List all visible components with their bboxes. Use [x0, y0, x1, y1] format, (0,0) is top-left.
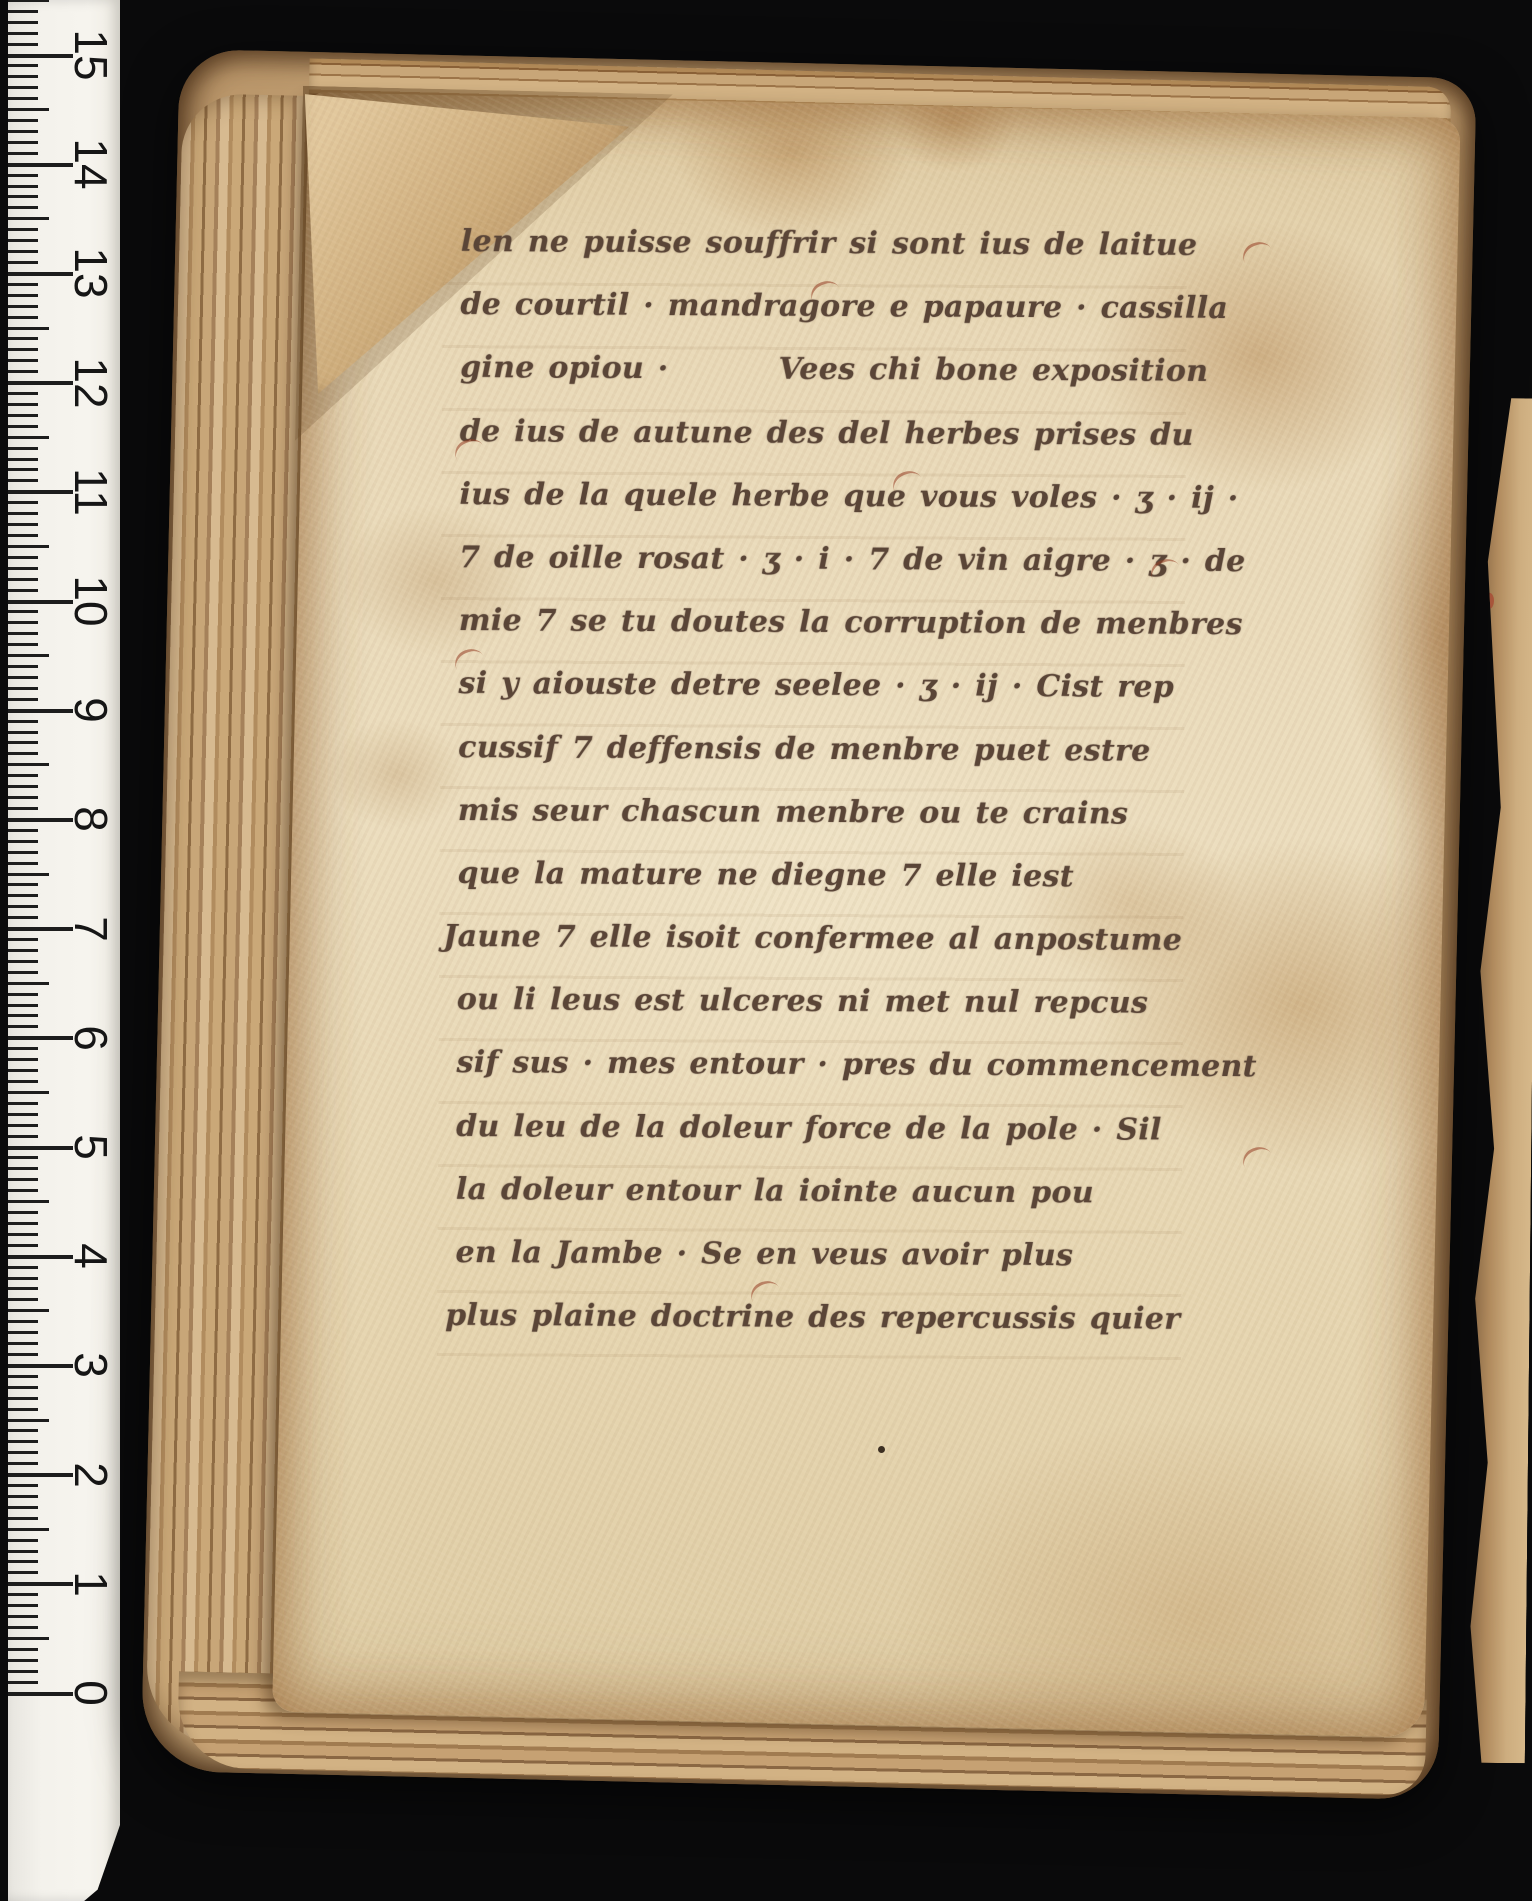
ruler-tick [8, 1571, 38, 1574]
ruler-tick [8, 75, 38, 78]
ruler-tick [8, 632, 38, 635]
ruler-tick [8, 0, 49, 2]
ruler-tick [8, 43, 38, 46]
ruler-tick [8, 468, 38, 471]
ruler-tick [8, 1484, 38, 1487]
ruler-tick [8, 1244, 38, 1247]
ruler-cm-label: 1 [67, 1557, 115, 1611]
ruler-tick [8, 479, 38, 482]
ruler-tick [8, 261, 38, 264]
ruler-tick [8, 1462, 38, 1465]
ruler-tick [8, 1397, 38, 1400]
ruler-tick [8, 1353, 38, 1356]
ruler-tick [8, 370, 38, 373]
ruler-tick [8, 1495, 38, 1498]
ruler-tick [8, 938, 38, 941]
manuscript-line: cussif 7 deffensis de menbre puet estre [458, 716, 1218, 783]
ruler-tick [8, 1550, 38, 1553]
ruler-tick [8, 1266, 38, 1269]
ruler-tick [8, 1069, 38, 1072]
ruler-tick [8, 359, 38, 362]
manuscript-line: du leu de la doleur force de la pole · S… [456, 1095, 1216, 1162]
ruler-tick [8, 316, 38, 319]
ruler-tick [8, 1681, 38, 1684]
ruler-tick [8, 1091, 49, 1094]
ruler-tick [8, 119, 38, 122]
manuscript-line: 7 de oille rosat · ʒ · i · 7 de vin aigr… [459, 526, 1219, 593]
ruler-tick [8, 1233, 38, 1236]
ruler-tick [8, 785, 38, 788]
ruler-tick [8, 905, 38, 908]
ruler-tick [8, 796, 38, 799]
ruler-cm-label: 7 [67, 902, 115, 956]
ruler-tick [8, 1408, 38, 1411]
manuscript-line: si y aiouste detre seelee · ʒ · ij · Cis… [458, 652, 1218, 719]
manuscript-line: de courtil · mandragore e papaure · cass… [460, 273, 1220, 340]
ruler-tick [8, 1539, 38, 1542]
ruler-tick [8, 654, 49, 657]
ruler-tick [8, 1113, 38, 1116]
ruler-tick [8, 108, 49, 111]
ruler-tick [8, 348, 38, 351]
ruler-cm-label: 0 [67, 1666, 115, 1720]
ruler-tick [8, 1222, 38, 1225]
ruler-cm-label: 11 [67, 465, 115, 519]
ruler-tick [8, 1429, 38, 1432]
ruler-tick [8, 436, 49, 439]
ruler-tick [8, 1124, 38, 1127]
ruler-tick [8, 1637, 49, 1640]
ruler-tick [8, 621, 38, 624]
ruler-tick [8, 1440, 38, 1443]
ruler-tick [8, 829, 38, 832]
ruler-tick [8, 414, 38, 417]
ruler-tick [8, 610, 38, 613]
manuscript-line: mie 7 se tu doutes la corruption de menb… [459, 589, 1219, 656]
ruler-tick [8, 971, 38, 974]
ruler-tick [8, 687, 38, 690]
ruler-tick [8, 1211, 38, 1214]
ruler-tick [8, 64, 38, 67]
ruler-tick [8, 141, 38, 144]
ruler-tick [8, 1506, 38, 1509]
ruler-tick [8, 305, 38, 308]
ruler-tick [8, 1004, 38, 1007]
ruler-tick [8, 1560, 38, 1563]
ruler-tick [8, 1419, 49, 1422]
ruler-tick [8, 1047, 38, 1050]
ruler-tick [8, 731, 38, 734]
ruler-tick [8, 960, 38, 963]
ruler-tick [8, 1451, 38, 1454]
ruler-tick [8, 741, 38, 744]
ruler-tick [8, 1014, 38, 1017]
ink-speck [878, 1446, 885, 1453]
ruler-tick [8, 763, 49, 766]
manuscript-line: gine opiou · Vees chi bone exposition [460, 336, 1220, 403]
ruler-tick [8, 1528, 49, 1531]
ruler-tick [8, 851, 38, 854]
manuscript-line: mis seur chascun menbre ou te crains [458, 779, 1218, 846]
ruler-cm-label: 6 [67, 1011, 115, 1065]
ruler-tick [8, 1626, 38, 1629]
manuscript-line: ou li leus est ulceres ni met nul repcus [457, 968, 1217, 1035]
ruler-tick [8, 1167, 38, 1170]
ruler-tick [8, 1080, 38, 1083]
ruler-tick [8, 840, 38, 843]
ruler-tick [8, 425, 38, 428]
ruler-tick [8, 228, 38, 231]
ruler-tick [8, 1058, 38, 1061]
ruler-tick [8, 1670, 38, 1673]
ruler-tick [8, 774, 38, 777]
ruler-tick [8, 1178, 38, 1181]
ruler-tick [8, 665, 38, 668]
ruler-tick [8, 327, 49, 330]
ruler-tick [8, 523, 38, 526]
ruler-tick [8, 185, 38, 188]
ruler-tick [8, 1102, 38, 1105]
ruler-tick [8, 10, 38, 13]
ruler-cm-label: 15 [67, 28, 115, 82]
ruler-tick [8, 337, 38, 340]
ruler-tick [8, 1189, 38, 1192]
ruler-tick [8, 643, 38, 646]
ruler-tick [8, 1386, 38, 1389]
ruler-tick [8, 294, 38, 297]
ruler-tick [8, 97, 38, 100]
ruler-tick [8, 250, 38, 253]
ruler-tick [8, 894, 38, 897]
ruler-tick [8, 130, 38, 133]
ruler-tick [8, 545, 49, 548]
ruler-tick [8, 1648, 38, 1651]
ruler-cm-label: 12 [67, 356, 115, 410]
ruler-cm-label: 3 [67, 1338, 115, 1392]
manuscript-line: Jaune 7 elle isoit confermee al anpostum… [443, 905, 1217, 972]
ruler-tick [8, 1331, 38, 1334]
ruler-tick [8, 447, 38, 450]
ruler-tick [8, 807, 38, 810]
ruler-tick [8, 195, 38, 198]
ruler-tick [8, 32, 38, 35]
ruler-tick [8, 698, 38, 701]
ruler-tick [8, 1025, 38, 1028]
ruler-tick [8, 1375, 38, 1378]
ruler-tick [8, 752, 38, 755]
ruler-tick [8, 916, 38, 919]
ruler-tick [8, 1593, 38, 1596]
ruler-tick [8, 534, 38, 537]
ruler-tick [8, 152, 38, 155]
ruler-tick [8, 993, 38, 996]
manuscript-line: de ius de autune des del herbes prises d… [460, 400, 1220, 467]
manuscript-line: en la Jambe · Se en veus avoir plus [455, 1221, 1215, 1288]
ruler-tick [8, 239, 38, 242]
ruler-tick [8, 174, 38, 177]
ruler-cm-label: 13 [67, 246, 115, 300]
ruler-tick [8, 862, 38, 865]
ruler-tick [8, 392, 38, 395]
ruler-tick [8, 578, 38, 581]
ruler-tick [8, 1615, 38, 1618]
manuscript-line: ius de la quele herbe que vous voles · ʒ… [459, 463, 1219, 530]
ruler-cm-label: 10 [67, 574, 115, 628]
ruler-tick [8, 21, 38, 24]
ruler: 0123456789101112131415 [8, 0, 120, 1901]
ruler-tick [8, 1298, 38, 1301]
ruler-tick [8, 1287, 38, 1290]
ruler-cm-label: 5 [67, 1120, 115, 1174]
ruler-tick [8, 982, 49, 985]
manuscript-line: len ne puisse souffrir si sont ius de la… [461, 210, 1221, 277]
ruler-tick [8, 589, 38, 592]
manuscript-line: que la mature ne diegne 7 elle iest [457, 842, 1217, 909]
ruler-tick [8, 1200, 49, 1203]
ruler-cm-label: 14 [67, 137, 115, 191]
ruler-tick [8, 403, 38, 406]
ruler-cm-label: 9 [67, 683, 115, 737]
ruler-cm-label: 8 [67, 792, 115, 846]
manuscript-line: la doleur entour la iointe aucun pou [456, 1158, 1216, 1225]
ruler-tick [8, 458, 38, 461]
ruler-tick [8, 1309, 49, 1312]
ruler-tick [8, 501, 38, 504]
photo-backdrop: 0123456789101112131415 len ne puisse sou… [0, 0, 1532, 1901]
ruler-tick [8, 512, 38, 515]
ruler-tick [8, 567, 38, 570]
ruler-tick [8, 720, 38, 723]
ruler-tick [8, 873, 49, 876]
ruler-tick [8, 1604, 38, 1607]
ruler-tick [8, 283, 38, 286]
ruler-tick [8, 949, 38, 952]
ruler-tick [8, 883, 38, 886]
ruler-tick [8, 1320, 38, 1323]
ruler-tick [8, 1342, 38, 1345]
ruler-tick [8, 217, 49, 220]
ruler-tick [8, 86, 38, 89]
ruler-tick [8, 676, 38, 679]
ruler-tick [8, 206, 38, 209]
ruler-tick [8, 1517, 38, 1520]
manuscript-line: plus plaine doctrine des repercussis qui… [445, 1284, 1215, 1351]
ruler-tick [8, 1277, 38, 1280]
manuscript-text: len ne puisse souffrir si sont ius de la… [455, 210, 1221, 1351]
manuscript-line: sif sus · mes entour · pres du commencem… [456, 1031, 1216, 1098]
ruler-cm-label: 4 [67, 1229, 115, 1283]
ruler-tick [8, 1135, 38, 1138]
ruler-tick [8, 1156, 38, 1159]
ruler-tick [8, 556, 38, 559]
ruler-tick [8, 1659, 38, 1662]
ruler-cm-label: 2 [67, 1448, 115, 1502]
